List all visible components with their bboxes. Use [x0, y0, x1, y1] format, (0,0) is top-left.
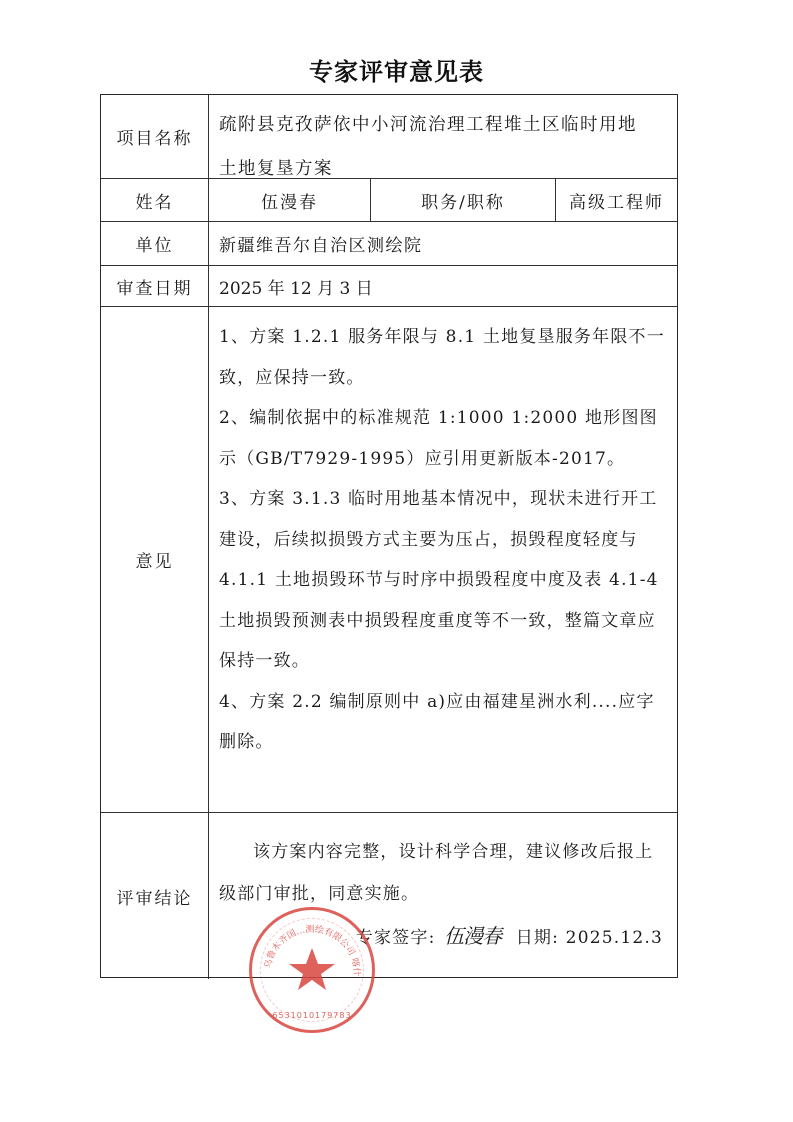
- project-name-label: 项目名称: [101, 95, 209, 178]
- row-review-date: 审查日期 2025 年 12 月 3 日: [101, 266, 677, 307]
- review-date-label: 审查日期: [101, 266, 209, 306]
- position-label: 职务/职称: [371, 179, 556, 221]
- signature-line: 专家签字: 伍漫春 日期: 2025.12.3: [219, 915, 667, 959]
- sign-date-value: 2025.12.3: [566, 928, 663, 948]
- conclusion-content: 该方案内容完整，设计科学合理，建议修改后报上级部门审批，同意实施。 专家签字: …: [209, 813, 677, 979]
- unit-label: 单位: [101, 222, 209, 265]
- project-name-line1: 疏附县克孜萨依中小河流治理工程堆土区临时用地: [219, 103, 677, 147]
- row-name-position: 姓名 伍漫春 职务/职称 高级工程师: [101, 179, 677, 222]
- project-name-value: 疏附县克孜萨依中小河流治理工程堆土区临时用地 土地复垦方案: [209, 95, 677, 178]
- opinion-content: 1、方案 1.2.1 服务年限与 8.1 土地复垦服务年限不一致，应保持一致。 …: [209, 307, 677, 812]
- name-label: 姓名: [101, 179, 209, 221]
- name-value: 伍漫春: [209, 179, 371, 221]
- opinion-item-2: 2、编制依据中的标准规范 1:1000 1:2000 地形图图示（GB/T792…: [219, 398, 667, 479]
- sign-date-label: 日期:: [516, 928, 559, 948]
- row-unit: 单位 新疆维吾尔自治区测绘院: [101, 222, 677, 266]
- seal-code: 6531010179783: [252, 1011, 372, 1020]
- position-value: 高级工程师: [556, 179, 677, 221]
- conclusion-label: 评审结论: [101, 813, 209, 979]
- opinion-item-4: 4、方案 2.2 编制原则中 a)应由福建星洲水利....应字删除。: [219, 682, 667, 763]
- signature-label: 专家签字:: [356, 928, 436, 948]
- review-date-value: 2025 年 12 月 3 日: [209, 266, 677, 306]
- document-title: 专家评审意见表: [0, 52, 793, 87]
- row-project-name: 项目名称 疏附县克孜萨依中小河流治理工程堆土区临时用地 土地复垦方案: [101, 95, 677, 179]
- review-form-table: 项目名称 疏附县克孜萨依中小河流治理工程堆土区临时用地 土地复垦方案 姓名 伍漫…: [100, 94, 678, 978]
- conclusion-text: 该方案内容完整，设计科学合理，建议修改后报上级部门审批，同意实施。: [219, 831, 667, 915]
- opinion-item-3: 3、方案 3.1.3 临时用地基本情况中，现状未进行开工建设，后续拟损毁方式主要…: [219, 479, 667, 682]
- unit-value: 新疆维吾尔自治区测绘院: [209, 222, 677, 265]
- row-conclusion: 评审结论 该方案内容完整，设计科学合理，建议修改后报上级部门审批，同意实施。 专…: [101, 813, 677, 979]
- opinion-label: 意见: [101, 307, 209, 812]
- handwritten-signature: 伍漫春: [444, 924, 501, 948]
- row-opinion: 意见 1、方案 1.2.1 服务年限与 8.1 土地复垦服务年限不一致，应保持一…: [101, 307, 677, 813]
- opinion-item-1: 1、方案 1.2.1 服务年限与 8.1 土地复垦服务年限不一致，应保持一致。: [219, 317, 667, 398]
